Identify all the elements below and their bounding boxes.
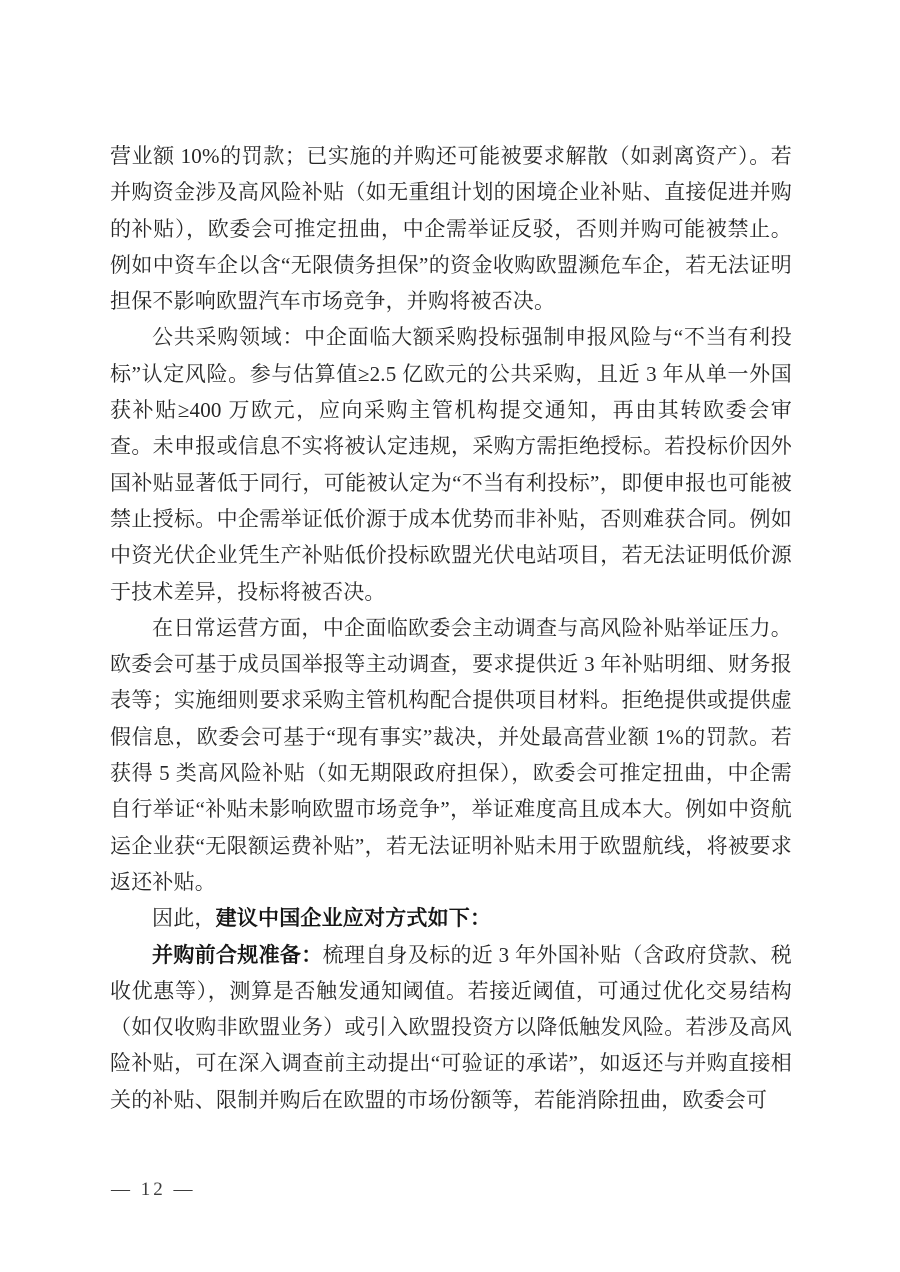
text-run: 在日常运营方面，中企面临欧委会主动调查与高风险补贴举证压力。欧委会可基于成员国举… [110,616,792,894]
document-body: 营业额 10%的罚款；已实施的并购还可能被要求解散（如剥离资产）。若并购资金涉及… [110,138,792,1118]
text-run: 公共采购领域：中企面临大额采购投标强制申报风险与“不当有利投标”认定风险。参与估… [110,325,792,603]
document-page: 营业额 10%的罚款；已实施的并购还可能被要求解散（如剥离资产）。若并购资金涉及… [0,0,900,1272]
para-merger-penalties: 营业额 10%的罚款；已实施的并购还可能被要求解散（如剥离资产）。若并购资金涉及… [110,138,792,319]
text-run: 营业额 10%的罚款；已实施的并购还可能被要求解散（如剥离资产）。若并购资金涉及… [110,144,792,313]
para-public-procurement: 公共采购领域：中企面临大额采购投标强制申报风险与“不当有利投标”认定风险。参与估… [110,319,792,609]
text-run: 因此， [152,906,216,930]
para-recommendation-intro: 因此，建议中国企业应对方式如下： [110,900,792,936]
para-pre-merger-compliance: 并购前合规准备：梳理自身及标的近 3 年外国补贴（含政府贷款、税收优惠等），测算… [110,937,792,1118]
page-number: — 12 — [111,1179,196,1201]
bold-text-run: 建议中国企业应对方式如下： [216,906,492,930]
para-daily-operations: 在日常运营方面，中企面临欧委会主动调查与高风险补贴举证压力。欧委会可基于成员国举… [110,610,792,900]
text-run: 梳理自身及标的近 3 年外国补贴（含政府贷款、税收优惠等），测算是否触发通知阈值… [110,943,792,1112]
bold-text-run: 并购前合规准备： [152,943,323,967]
